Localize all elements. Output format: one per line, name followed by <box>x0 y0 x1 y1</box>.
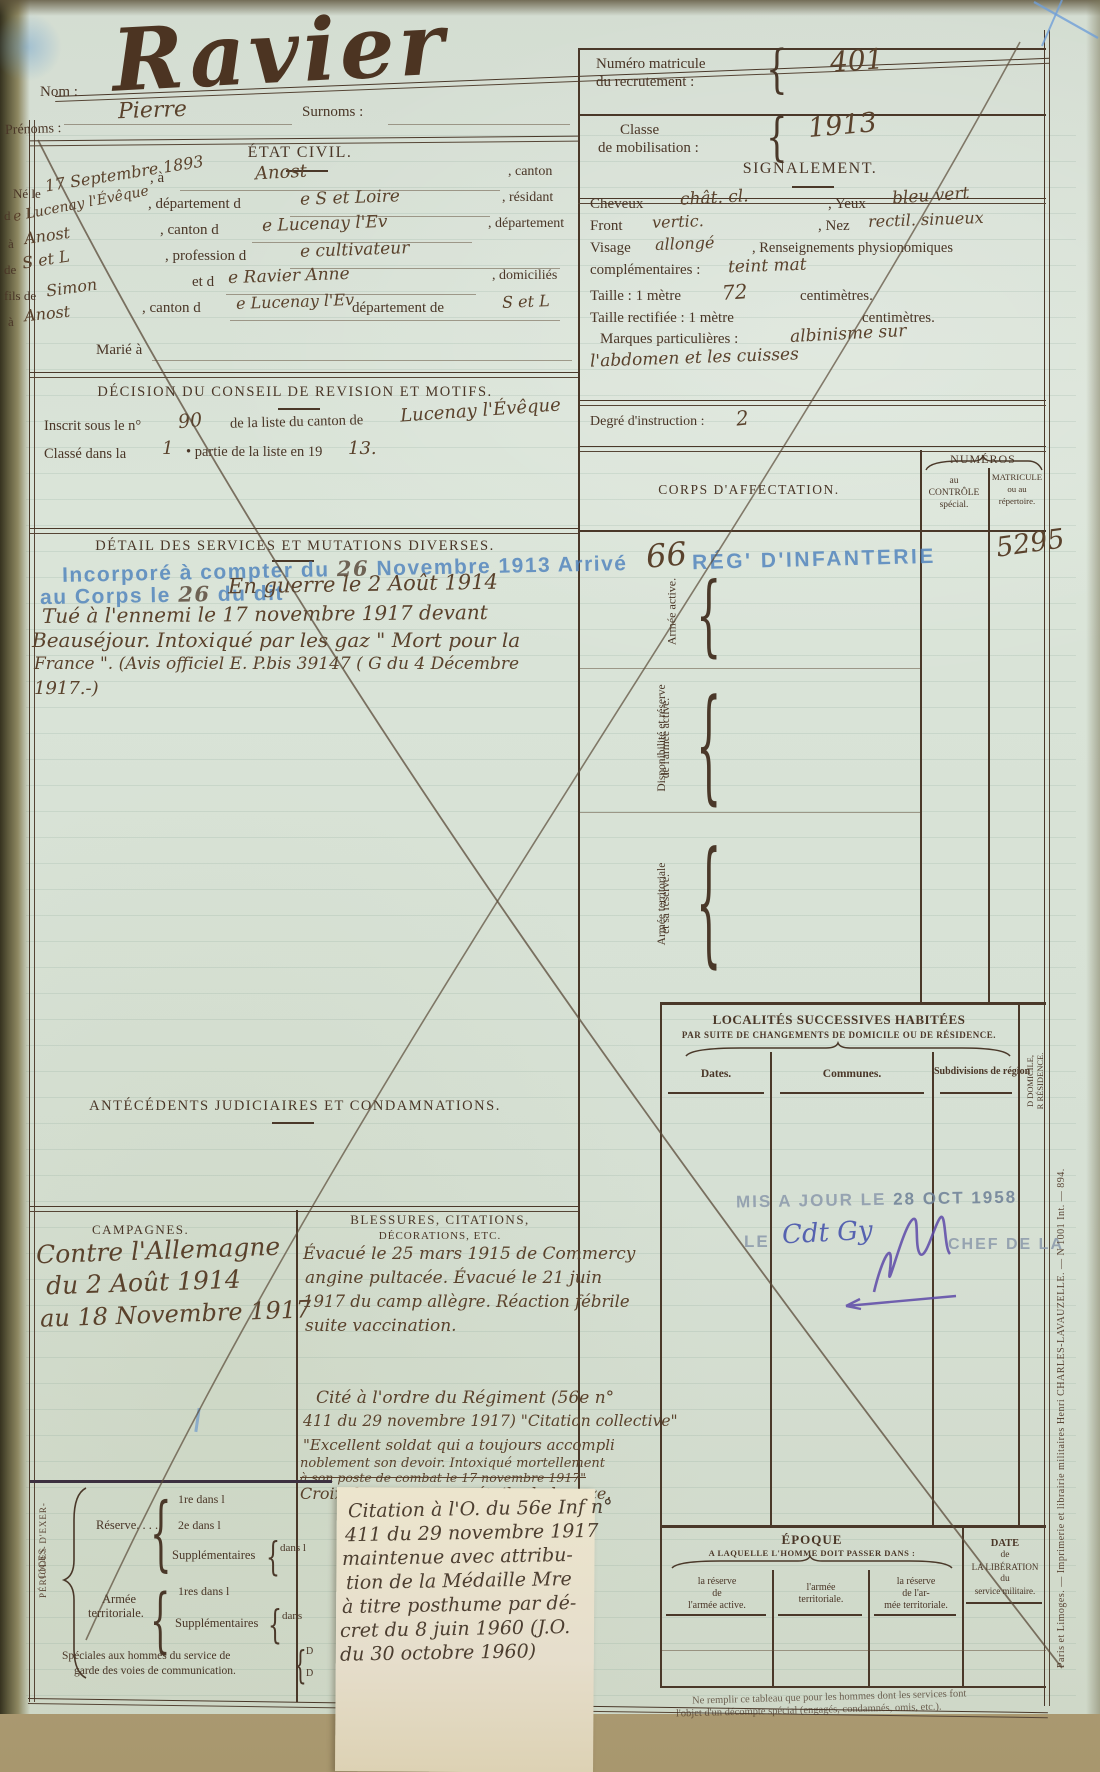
supplementaires-brace: { <box>266 1536 280 1581</box>
decision-line2-mid: • partie de la liste en 19 <box>186 444 322 461</box>
profession-value: e cultivateur <box>300 238 410 262</box>
renseignements-label: , Renseignements physionomiques <box>752 240 953 257</box>
visage-value: allongé <box>655 233 715 254</box>
date-col-line4: du <box>964 1574 1046 1584</box>
cheveux-value: chât. cl. <box>680 186 750 210</box>
reserve-row2: 2e dans l <box>178 1518 221 1533</box>
decision-bottom-rule <box>30 528 578 534</box>
margin-a-label: à <box>8 236 14 252</box>
ec-line6-mid: département de <box>352 300 444 317</box>
date-col-line2: de <box>964 1550 1046 1560</box>
services-hand-line5: 1917.-) <box>34 678 99 699</box>
mis-a-jour-le: LE <box>744 1232 770 1252</box>
epoque-title: ÉPOQUE <box>662 1532 962 1548</box>
ec-line1-pre: , à <box>150 170 164 187</box>
epoque-row-line <box>662 1650 1046 1651</box>
services-title: DÉTAIL DES SERVICES ET MUTATIONS DIVERSE… <box>70 538 520 555</box>
epoque-col2-line2: territoriale. <box>774 1594 868 1605</box>
subdivisions-header-underline <box>940 1092 1012 1094</box>
blessures-title-line1: BLESSURES, CITATIONS, <box>310 1212 570 1228</box>
territoriale-row1: 1res dans l <box>178 1584 229 1599</box>
disponibilite-row-label-line2: de l'armée active. <box>660 678 672 798</box>
decision-numero: 90 <box>177 409 203 433</box>
epoque-col1-line2: de <box>662 1588 772 1599</box>
date-col-line5: service militaire. <box>964 1586 1046 1596</box>
reserve-brace: { <box>150 1486 172 1582</box>
corps-affectation-header: CORPS D'AFFECTATION. <box>578 482 920 498</box>
printer-imprint: Paris et Limoges. — Imprimerie et librai… <box>1056 488 1067 1668</box>
decision-line2-pre: Classé dans la <box>44 446 126 463</box>
taille-rectifiee-label: Taille rectifiée : 1 mètre <box>590 310 734 327</box>
speciales-line1: Spéciales aux hommes du service de <box>62 1650 230 1662</box>
cheveux-label: Cheveux <box>590 196 643 213</box>
recruitment-box-top <box>578 48 1046 50</box>
matricule-header-line2: ou au <box>988 484 1046 494</box>
supplementaires2-dans: dans <box>282 1610 302 1622</box>
corps-header-rule <box>580 530 1046 532</box>
yeux-label: , Yeux <box>828 196 866 213</box>
etat-civil-bottom-rule <box>30 372 578 378</box>
territoriale-corps-brace: { <box>696 826 721 982</box>
supplementaires-label: Supplémentaires <box>172 1548 255 1563</box>
reserve-row1: 1re dans l <box>178 1492 225 1507</box>
matricule-label-line2: du recrutement : <box>596 74 694 91</box>
dates-header-underline <box>668 1092 764 1094</box>
slip-line2: 411 du 29 novembre 1917 <box>345 1520 599 1546</box>
nez-value: rectil. sinueux <box>868 208 984 231</box>
departement-domicile-value: S et L <box>502 291 550 312</box>
corps-col-divider-2 <box>988 468 990 1002</box>
classe-label-line1: Classe <box>620 122 659 139</box>
page-right-shadow <box>1086 0 1100 1714</box>
mother-name-value: e Ravier Anne <box>228 264 350 288</box>
territoriale-row-label-line2: et sa réserve. <box>660 854 672 954</box>
slip-line5: à titre posthume par dé- <box>342 1592 577 1618</box>
marie-label: Marié à <box>96 342 142 359</box>
nom-line <box>64 124 292 125</box>
matricule-value: 401 <box>829 42 885 79</box>
localites-col-divider-1 <box>770 1052 772 1525</box>
marques-label: Marques particulières : <box>600 331 738 348</box>
reserve-label: Réserve. . . . <box>96 1518 158 1533</box>
regiment-number: 66 <box>644 534 688 575</box>
epoque-subtitle: A LAQUELLE L'HOMME DOIT PASSER DANS : <box>662 1548 962 1558</box>
nez-label: , Nez <box>818 218 850 235</box>
epoque-col3-line3: mée territoriale. <box>870 1600 962 1611</box>
controle-header-line1: au <box>920 476 988 486</box>
territoriale-label-line1: Armée <box>102 1592 136 1607</box>
epoque-top-rule <box>660 1525 1046 1528</box>
etat-civil-title: ÉTAT CIVIL. <box>180 144 420 162</box>
antecedents-title-rule <box>272 1122 314 1124</box>
corps-col-divider-1 <box>920 450 922 1002</box>
decision-title: DÉCISION DU CONSEIL DE REVISION ET MOTIF… <box>60 384 530 401</box>
subdivisions-column-header: Subdivisions de région <box>934 1066 1018 1077</box>
decision-line1-mid: de la liste du canton de <box>230 412 364 432</box>
speciales-d1: D <box>306 1646 313 1657</box>
complementaires-value: teint mat <box>728 255 807 278</box>
campagnes-section-rule <box>30 1480 332 1483</box>
surnoms-label: Surnoms : <box>302 104 363 121</box>
military-register-page: Ravier Nom : Pierre Surnoms : Prénoms : … <box>0 0 1100 1772</box>
margin-de-label: de <box>4 262 16 278</box>
supplementaires2-label: Supplémentaires <box>175 1616 258 1631</box>
armee-active-brace: { <box>696 566 721 667</box>
epoque-bottom-rule <box>660 1686 1046 1688</box>
signalement-bottom-rule <box>580 400 1046 406</box>
supplementaires2-brace: { <box>268 1604 282 1649</box>
corps-row-divider-2 <box>580 812 920 813</box>
date-col-line3: LA LIBÉRATION <box>964 1562 1046 1572</box>
localites-left-border <box>660 1002 662 1525</box>
ec-line5-post: , domiciliés <box>492 268 557 284</box>
epoque-header-underline-1 <box>666 1614 766 1616</box>
residence-rotated-label-line2: R RÉSIDENCE. <box>1035 1041 1045 1121</box>
matricule-brace: { <box>766 40 788 100</box>
taille-label: Taille : 1 mètre <box>590 288 681 305</box>
campagnes-blessures-divider <box>296 1210 298 1702</box>
epoque-col1-line1: la réserve <box>662 1576 772 1587</box>
ec-line5-pre: et d <box>192 274 214 291</box>
antecedents-title: ANTÉCÉDENTS JUDICIAIRES ET CONDAMNATIONS… <box>70 1098 520 1115</box>
prenoms-label: Prénoms : <box>5 121 62 139</box>
ec-line6-pre: , canton d <box>142 300 201 317</box>
decision-line1-pre: Inscrit sous le n° <box>44 418 141 435</box>
blessures-line7: "Excellent soldat qui a toujours accompl… <box>303 1436 615 1454</box>
ec-line3-pre: , canton d <box>160 222 219 239</box>
visage-label: Visage <box>590 240 631 257</box>
blessures-line1: Évacué le 25 mars 1915 de Commercy <box>303 1244 635 1264</box>
classe-label-line2: de mobilisation : <box>598 140 699 157</box>
entry-line <box>230 320 560 321</box>
complementaires-label: complémentaires : <box>590 262 700 279</box>
frame-right-border <box>1044 30 1050 1706</box>
slip-line1: Citation à l'O. du 56e Inf n° <box>348 1496 613 1523</box>
departement-value: e S et Loire <box>300 186 401 209</box>
speciales-brace: { <box>294 1642 307 1688</box>
date-col-line1: DATE <box>964 1538 1046 1549</box>
signalement-title-rule <box>792 186 834 188</box>
blessures-line3: 1917 du camp allègre. Réaction fébrile <box>303 1292 630 1311</box>
margin-d-label: d <box>4 208 11 224</box>
front-label: Front <box>590 218 623 235</box>
classe-value: 1913 <box>807 107 878 144</box>
stamp-date: 28 OCT 1958 <box>893 1188 1017 1209</box>
territoriale-label-line2: territoriale. <box>88 1606 144 1621</box>
margin-a2-label: à <box>8 314 14 330</box>
surnoms-line <box>388 124 570 125</box>
slip-line4: tion de la Médaille Mre <box>346 1568 572 1594</box>
localites-col-divider-2 <box>932 1052 934 1525</box>
slip-line7: du 30 octobre 1960) <box>340 1640 536 1665</box>
front-value: vertic. <box>652 211 704 232</box>
date-header-underline <box>966 1602 1042 1604</box>
supplementaires-dans: dans l <box>280 1542 306 1554</box>
decision-partie: 1 <box>162 438 173 459</box>
marie-line <box>152 360 572 361</box>
commandant-handwritten: Cdt Gy <box>781 1216 873 1251</box>
taille-unit: centimètres. <box>800 288 873 305</box>
services-hand-line2: Tué à l'ennemi le 17 novembre 1917 devan… <box>42 600 488 628</box>
slip-line3: maintenue avec attribu- <box>342 1544 573 1570</box>
localites-top-rule <box>660 1002 1046 1005</box>
ne-le-label: Né le <box>13 186 41 202</box>
frame-left-border <box>29 120 35 1702</box>
speciales-d2: D <box>306 1668 313 1679</box>
name-script: Ravier <box>110 0 451 112</box>
ec-line3-post: , département <box>488 216 564 232</box>
localites-title: LOCALITÉS SUCCESSIVES HABITÉES <box>662 1012 1016 1028</box>
ec-line4-pre: , profession d <box>165 248 246 265</box>
controle-header-line3: spécial. <box>920 500 988 510</box>
armee-active-row-label: Armée active. <box>665 562 680 662</box>
services-hand-line3: Beauséjour. Intoxiqué par les gaz " Mort… <box>32 628 520 652</box>
ec-line1-post: , canton <box>508 164 552 180</box>
epoque-header-underline-3 <box>874 1614 956 1616</box>
periodes-side-label-line2: CICES. <box>37 1512 47 1612</box>
localites-domicile-divider <box>1018 1002 1020 1525</box>
chef-de-la-stamp: CHEF DE LA <box>948 1236 1064 1254</box>
communes-column-header: Communes. <box>772 1068 932 1080</box>
services-hand-line4: France ". (Avis officiel E. P.bis 39147 … <box>34 654 519 674</box>
degre-instruction-label: Degré d'instruction : <box>590 414 705 430</box>
decision-year: 13. <box>348 438 377 459</box>
taille-value: 72 <box>721 279 748 305</box>
localites-subtitle: PAR SUITE DE CHANGEMENTS DE DOMICILE OU … <box>662 1030 1016 1040</box>
epoque-col3-line1: la réserve <box>870 1576 962 1587</box>
dates-column-header: Dates. <box>662 1068 770 1080</box>
epoque-header-underline-2 <box>778 1614 862 1616</box>
corps-row-divider-1 <box>580 668 920 669</box>
prenom-value: Pierre <box>118 97 188 124</box>
slip-line6: cret du 8 juin 1960 (J.O. <box>340 1616 571 1642</box>
ec-line2-pre: , département d <box>148 196 241 213</box>
birth-place-value: Anost <box>254 161 307 185</box>
blessures-title-line2: DÉCORATIONS, ETC. <box>310 1230 570 1242</box>
recruitment-box-bottom <box>578 198 1046 204</box>
disponibilite-brace: { <box>696 676 721 819</box>
controle-header-line2: CONTRÔLE <box>920 488 988 498</box>
communes-header-underline <box>780 1092 924 1094</box>
numeros-header: NUMÉROS <box>920 452 1046 467</box>
blessures-line5: Cité à l'ordre du Régiment (56e n° <box>316 1388 614 1408</box>
blessures-line8: noblement son devoir. Intoxiqué mortelle… <box>300 1456 605 1471</box>
matricule-header-line3: répertoire. <box>988 496 1046 506</box>
blessures-line6: 411 du 29 novembre 1917) "Citation colle… <box>303 1412 678 1430</box>
blessures-line4: suite vaccination. <box>305 1316 457 1336</box>
domicile-rotated-label-line1: D DOMICILE, <box>1025 1041 1035 1121</box>
speciales-line2: garde des voies de communication. <box>74 1665 236 1677</box>
decision-title-rule <box>278 408 320 410</box>
nom-label: Nom : <box>40 84 78 101</box>
epoque-col2-line1: l'armée <box>774 1582 868 1593</box>
services-hand-line1: En guerre le 2 Août 1914 <box>228 570 498 599</box>
epoque-col3-line2: de l'ar- <box>870 1588 962 1599</box>
fils-de-label: fils de <box>4 288 36 304</box>
epoque-col1-line3: l'armée active. <box>662 1600 772 1611</box>
degre-instruction-value: 2 <box>735 405 750 430</box>
stamp-text: MIS A JOUR LE <box>736 1190 887 1212</box>
classe-brace: { <box>766 108 788 168</box>
matricule-label-line1: Numéro matricule <box>596 56 706 73</box>
matricule-header-line1: MATRICULE <box>988 472 1046 482</box>
signalement-title: SIGNALEMENT. <box>660 160 960 178</box>
blessures-line9: à son poste de combat le 17 novembre 191… <box>300 1470 586 1485</box>
blessures-line2: angine pultacée. Évacué le 21 juin <box>305 1268 602 1288</box>
ec-line2-post: , résidant <box>502 190 553 206</box>
